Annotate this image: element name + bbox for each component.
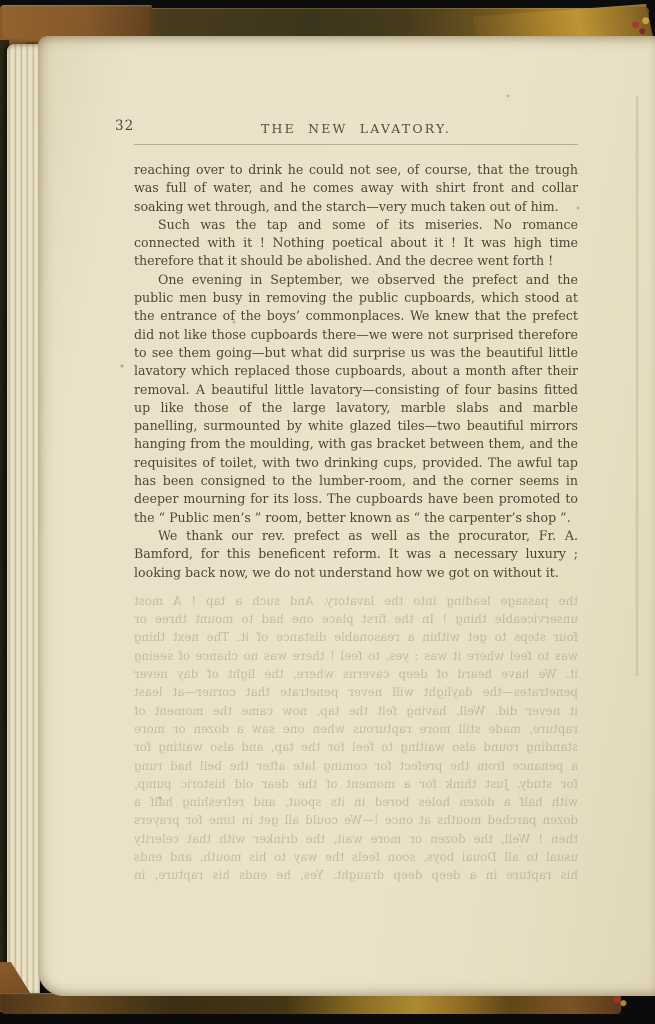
book-scan-photo: 32 THE NEW LAVATORY. reaching over to dr… <box>0 0 655 1024</box>
bleedthrough-line: usual to all Douai boys, soon feels the … <box>134 848 578 866</box>
stacked-page-edges <box>7 44 40 996</box>
book-page: 32 THE NEW LAVATORY. reaching over to dr… <box>38 36 655 996</box>
bleedthrough-line: the passage leading into the lavatory. A… <box>134 592 578 610</box>
header-rule <box>134 144 578 145</box>
page-header: 32 THE NEW LAVATORY. <box>134 118 578 135</box>
paragraph: reaching over to drink he could not see,… <box>134 161 578 216</box>
paragraph: One evening in September, we observed th… <box>134 271 578 527</box>
bleedthrough-line: it never did. Well, having felt the tap,… <box>134 702 578 720</box>
bleedthrough-text: the passage leading into the lavatory. A… <box>134 592 578 885</box>
paragraph: We thank our rev. prefect as well as the… <box>134 527 578 582</box>
bleedthrough-line: his rapture in a deep deep draught. Yes,… <box>134 866 578 884</box>
bleedthrough-line: rapture, made still more rapturous when … <box>134 720 578 738</box>
bleedthrough-line: dozen parched mouths at once !—We could … <box>134 811 578 829</box>
page-crease <box>635 96 639 676</box>
page-body: reaching over to drink he could not see,… <box>134 161 578 582</box>
bleedthrough-line: for study. Just think for a moment of th… <box>134 775 578 793</box>
bleedthrough-line: with half a dozen holes bored in its spo… <box>134 793 578 811</box>
bleedthrough-line: standing round also waiting to feel for … <box>134 738 578 756</box>
bleedthrough-line: it. We have heard of deep caverns where,… <box>134 665 578 683</box>
bleedthrough-line: then ! Well, the dozen or more wait, the… <box>134 830 578 848</box>
bleedthrough-line: unserviceable thing ! In the first place… <box>134 610 578 628</box>
running-title: THE NEW LAVATORY. <box>261 121 451 136</box>
page-number: 32 <box>115 118 134 134</box>
bleedthrough-line: a penance from the prefect for coming la… <box>134 757 578 775</box>
paragraph: Such was the tap and some of its miserie… <box>134 216 578 271</box>
worn-fray-top-right <box>628 14 654 38</box>
bleedthrough-line: penetrates—the daylight will never penet… <box>134 683 578 701</box>
bleedthrough-line: four steps to get within a reasonable di… <box>134 628 578 646</box>
book-bottom-cover-edge <box>0 993 621 1014</box>
bleedthrough-line: was to feel where it was : yes, to feel … <box>134 647 578 665</box>
